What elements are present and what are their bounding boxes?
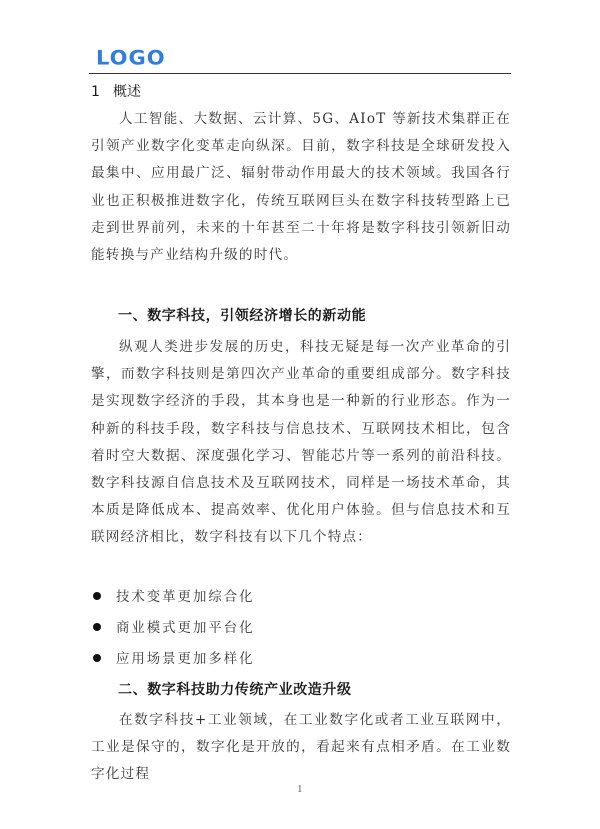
- document-page: LOGO 1概述 人工智能、大数据、云计算、5G、AIoT 等新技术集群正在引领…: [0, 0, 600, 829]
- bullet-icon: [93, 623, 101, 631]
- bullet-icon: [93, 654, 101, 662]
- subsection-1-paragraph: 纵观人类进步发展的历史，科技无疑是每一次产业革命的引擎，而数字科技则是第四次产业…: [91, 334, 511, 552]
- list-item: 应用场景更加多样化: [91, 642, 255, 673]
- subsection-heading-2: 二、数字科技助力传统产业改造升级: [118, 680, 352, 700]
- section-number: 1: [91, 82, 113, 102]
- header-divider: [89, 73, 511, 74]
- feature-list: 技术变革更加综合化 商业模式更加平台化 应用场景更加多样化: [91, 580, 255, 673]
- list-item-text: 应用场景更加多样化: [116, 648, 255, 667]
- list-item: 技术变革更加综合化: [91, 580, 255, 611]
- subsection-heading-1: 一、数字科技，引领经济增长的新动能: [118, 306, 366, 326]
- page-number: 1: [297, 783, 303, 795]
- section-title-text: 概述: [113, 84, 141, 100]
- logo: LOGO: [96, 48, 166, 69]
- list-item-text: 技术变革更加综合化: [116, 586, 255, 605]
- list-item: 商业模式更加平台化: [91, 611, 255, 642]
- intro-paragraph: 人工智能、大数据、云计算、5G、AIoT 等新技术集群正在引领产业数字化变革走向…: [91, 106, 511, 269]
- subsection-2-paragraph: 在数字科技+工业领域，在工业数字化或者工业互联网中，工业是保守的，数字化是开放的…: [91, 707, 511, 789]
- list-item-text: 商业模式更加平台化: [116, 617, 255, 636]
- section-title: 1概述: [91, 82, 141, 102]
- bullet-icon: [93, 592, 101, 600]
